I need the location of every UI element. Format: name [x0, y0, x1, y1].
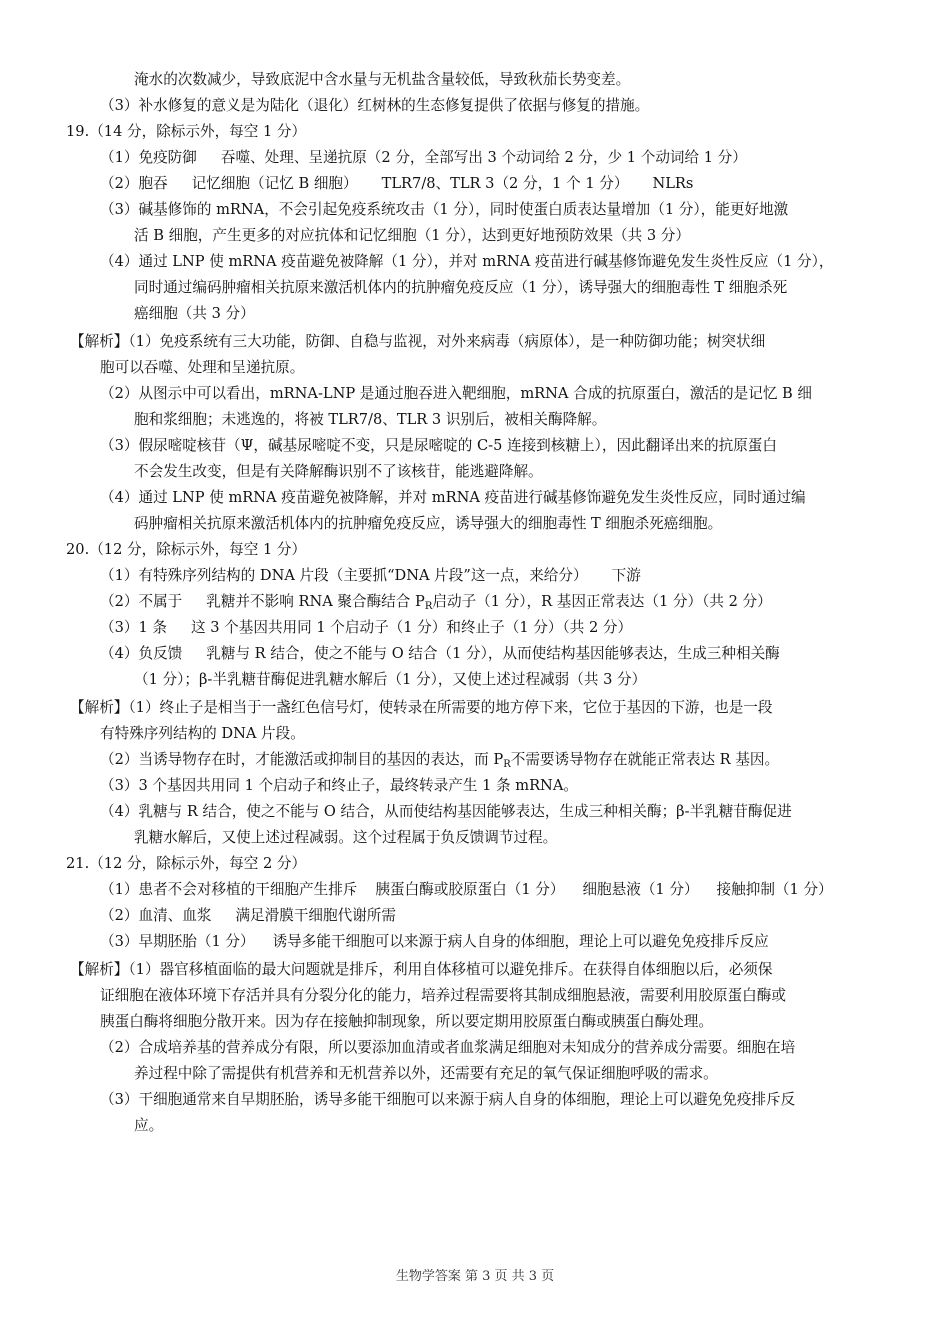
q21-analysis-2-cont: 养过程中除了需提供有机营养和无机营养以外，还需要有充足的氧气保证细胞呼吸的需求。 [134, 1064, 718, 1084]
q19-header: 19.（14 分，除标示外，每空 1 分） [66, 122, 306, 142]
q20-analysis-2-text-rest: 不需要诱导物存在就能正常表达 R 基因。 [511, 751, 779, 768]
q19-1-blank-b: 吞噬、处理、呈递抗原（2 分，全部写出 3 个动词给 2 分，少 1 个动词给 … [221, 149, 747, 166]
q21-1-blank-b: 胰蛋白酶或胶原蛋白（1 分） [375, 881, 564, 898]
q20-3-blank-b: 这 3 个基因共用同 1 个启动子（1 分）和终止子（1 分）（共 2 分） [191, 619, 632, 636]
q19-answer-4: （4）通过 LNP 使 mRNA 疫苗避免被降解（1 分），并对 mRNA 疫苗… [100, 252, 833, 272]
q19-analysis-2: （2）从图示中可以看出，mRNA-LNP 是通过胞吞进入靶细胞，mRNA 合成的… [100, 384, 812, 404]
q21-analysis-3: （3）干细胞通常来自早期胚胎，诱导多能干细胞可以来源于病人自身的体细胞，理论上可… [100, 1090, 795, 1110]
q19-analysis-1: 【解析】（1）免疫系统有三大功能，防御、自稳与监视，对外来病毒（病原体），是一种… [70, 332, 765, 352]
q20-1-blank-a: （1）有特殊序列结构的 DNA 片段（主要抓“DNA 片段”这一点，来给分） [100, 567, 588, 584]
q19-analysis-1-cont: 胞可以吞噬、处理和呈递抗原。 [100, 358, 304, 378]
q19-analysis-3-cont: 不会发生改变，但是有关降解酶识别不了该核苷，能逃避降解。 [134, 462, 543, 482]
q19-answer-3: （3）碱基修饰的 mRNA，不会引起免疫系统攻击（1 分），同时使蛋白质表达量增… [100, 200, 788, 220]
q19-answer-1: （1）免疫防御吞噬、处理、呈递抗原（2 分，全部写出 3 个动词给 2 分，少 … [100, 148, 747, 168]
q21-3-blank-a: （3）早期胚胎（1 分） [100, 933, 255, 950]
q20-answer-4-cont: （1 分）；β-半乳糖苷酶促进乳糖水解后（1 分），又使上述过程减弱（共 3 分… [134, 670, 646, 690]
q20-analysis-1-cont: 有特殊序列结构的 DNA 片段。 [100, 724, 305, 744]
q21-answer-3: （3）早期胚胎（1 分）诱导多能干细胞可以来源于病人自身的体细胞，理论上可以避免… [100, 932, 769, 952]
q20-2-blank-b: 乳糖并不影响 RNA 聚合酶结合 P [206, 593, 425, 610]
q21-answer-2: （2）血清、血浆满足滑膜干细胞代谢所需 [100, 906, 396, 926]
q20-analysis-4: （4）乳糖与 R 结合，使之不能与 O 结合，从而使结构基因能够表达，生成三种相… [100, 802, 792, 822]
q19-2-blank-b: 记忆细胞（记忆 B 细胞） [192, 175, 358, 192]
q21-2-blank-a: （2）血清、血浆 [100, 907, 211, 924]
q21-header: 21.（12 分，除标示外，每空 2 分） [66, 854, 306, 874]
page-footer: 生物学答案 第 3 页 共 3 页 [0, 1268, 950, 1286]
q21-1-blank-d: 接触抑制（1 分） [717, 881, 833, 898]
q20-analysis-1: 【解析】（1）终止子是相当于一盏红色信号灯，使转录在所需要的地方停下来，它位于基… [70, 698, 773, 718]
q21-2-blank-b: 满足滑膜干细胞代谢所需 [235, 907, 396, 924]
q21-1-blank-a: （1）患者不会对移植的干细胞产生排斥 [100, 881, 357, 898]
q19-answer-3-cont: 活 B 细胞，产生更多的对应抗体和记忆细胞（1 分），达到更好地预防效果（共 3… [134, 226, 690, 246]
q20-4-blank-b: 乳糖与 R 结合，使之不能与 O 结合（1 分），从而使结构基因能够表达，生成三… [206, 645, 780, 662]
q20-2-blank-b-rest: 启动子（1 分），R 基因正常表达（1 分）（共 2 分） [432, 593, 771, 610]
q21-analysis-3-cont: 应。 [134, 1116, 163, 1136]
q19-answer-2: （2）胞吞记忆细胞（记忆 B 细胞）TLR7/8、TLR 3（2 分，1 个 1… [100, 174, 693, 194]
q19-analysis-2-cont: 胞和浆细胞；未逃逸的，将被 TLR7/8、TLR 3 识别后，被相关酶降解。 [134, 410, 606, 430]
q20-3-blank-a: （3）1 条 [100, 619, 167, 636]
document-page: 淹水的次数减少，导致底泥中含水量与无机盐含量较低，导致秋茄长势变差。 （3）补水… [0, 0, 950, 1344]
q21-analysis-1: 【解析】（1）器官移植面临的最大问题就是排斥，利用自体移植可以避免排斥。在获得自… [70, 960, 773, 980]
q18-answer-3: （3）补水修复的意义是为陆化（退化）红树林的生态修复提供了依据与修复的措施。 [100, 96, 649, 116]
q19-2-blank-d: NLRs [652, 175, 693, 192]
q20-analysis-2-text: （2）当诱导物存在时，才能激活或抑制目的基因的表达，而 P [100, 751, 503, 768]
q20-answer-2: （2）不属于乳糖并不影响 RNA 聚合酶结合 PR启动子（1 分），R 基因正常… [100, 592, 772, 612]
q20-header: 20.（12 分，除标示外，每空 1 分） [66, 540, 306, 560]
q21-analysis-1-cont2: 胰蛋白酶将细胞分散开来。因为存在接触抑制现象，所以要定期用胶原蛋白酶或胰蛋白酶处… [100, 1012, 713, 1032]
q19-2-blank-c: TLR7/8、TLR 3（2 分，1 个 1 分） [382, 175, 629, 192]
q20-answer-3: （3）1 条这 3 个基因共用同 1 个启动子（1 分）和终止子（1 分）（共 … [100, 618, 632, 638]
q20-analysis-3: （3）3 个基因共用同 1 个启动子和终止子，最终转录产生 1 条 mRNA。 [100, 776, 578, 796]
subscript-r: R [503, 759, 511, 770]
q19-answer-4-cont2: 癌细胞（共 3 分） [134, 304, 255, 324]
q21-analysis-1-cont1: 证细胞在液体环境下存活并具有分裂分化的能力，培养过程需要将其制成细胞悬液，需要利… [100, 986, 786, 1006]
q19-analysis-4-cont: 码肿瘤相关抗原来激活机体内的抗肿瘤免疫反应，诱导强大的细胞毒性 T 细胞杀死癌细… [134, 514, 722, 534]
q21-answer-1: （1）患者不会对移植的干细胞产生排斥胰蛋白酶或胶原蛋白（1 分）细胞悬液（1 分… [100, 880, 833, 900]
q19-analysis-4: （4）通过 LNP 使 mRNA 疫苗避免被降解，并对 mRNA 疫苗进行碱基修… [100, 488, 806, 508]
q18-3-continuation: 淹水的次数减少，导致底泥中含水量与无机盐含量较低，导致秋茄长势变差。 [134, 70, 630, 90]
q20-1-blank-b: 下游 [612, 567, 641, 584]
q19-1-blank-a: （1）免疫防御 [100, 149, 197, 166]
q21-analysis-2: （2）合成培养基的营养成分有限，所以要添加血清或者血浆满足细胞对未知成分的营养成… [100, 1038, 795, 1058]
q19-answer-4-cont1: 同时通过编码肿瘤相关抗原来激活机体内的抗肿瘤免疫反应（1 分），诱导强大的细胞毒… [134, 278, 787, 298]
q20-2-blank-a: （2）不属于 [100, 593, 182, 610]
q20-answer-1: （1）有特殊序列结构的 DNA 片段（主要抓“DNA 片段”这一点，来给分）下游 [100, 566, 641, 586]
q20-analysis-2: （2）当诱导物存在时，才能激活或抑制目的基因的表达，而 PR不需要诱导物存在就能… [100, 750, 779, 770]
q21-1-blank-c: 细胞悬液（1 分） [582, 881, 698, 898]
q19-2-blank-a: （2）胞吞 [100, 175, 168, 192]
q20-answer-4: （4）负反馈乳糖与 R 结合，使之不能与 O 结合（1 分），从而使结构基因能够… [100, 644, 780, 664]
q19-analysis-3: （3）假尿嘧啶核苷（Ψ，碱基尿嘧啶不变，只是尿嘧啶的 C-5 连接到核糖上），因… [100, 436, 777, 456]
q20-analysis-4-cont: 乳糖水解后，又使上述过程减弱。这个过程属于负反馈调节过程。 [134, 828, 557, 848]
q21-3-blank-b: 诱导多能干细胞可以来源于病人自身的体细胞，理论上可以避免免疫排斥反应 [273, 933, 769, 950]
q20-4-blank-a: （4）负反馈 [100, 645, 182, 662]
